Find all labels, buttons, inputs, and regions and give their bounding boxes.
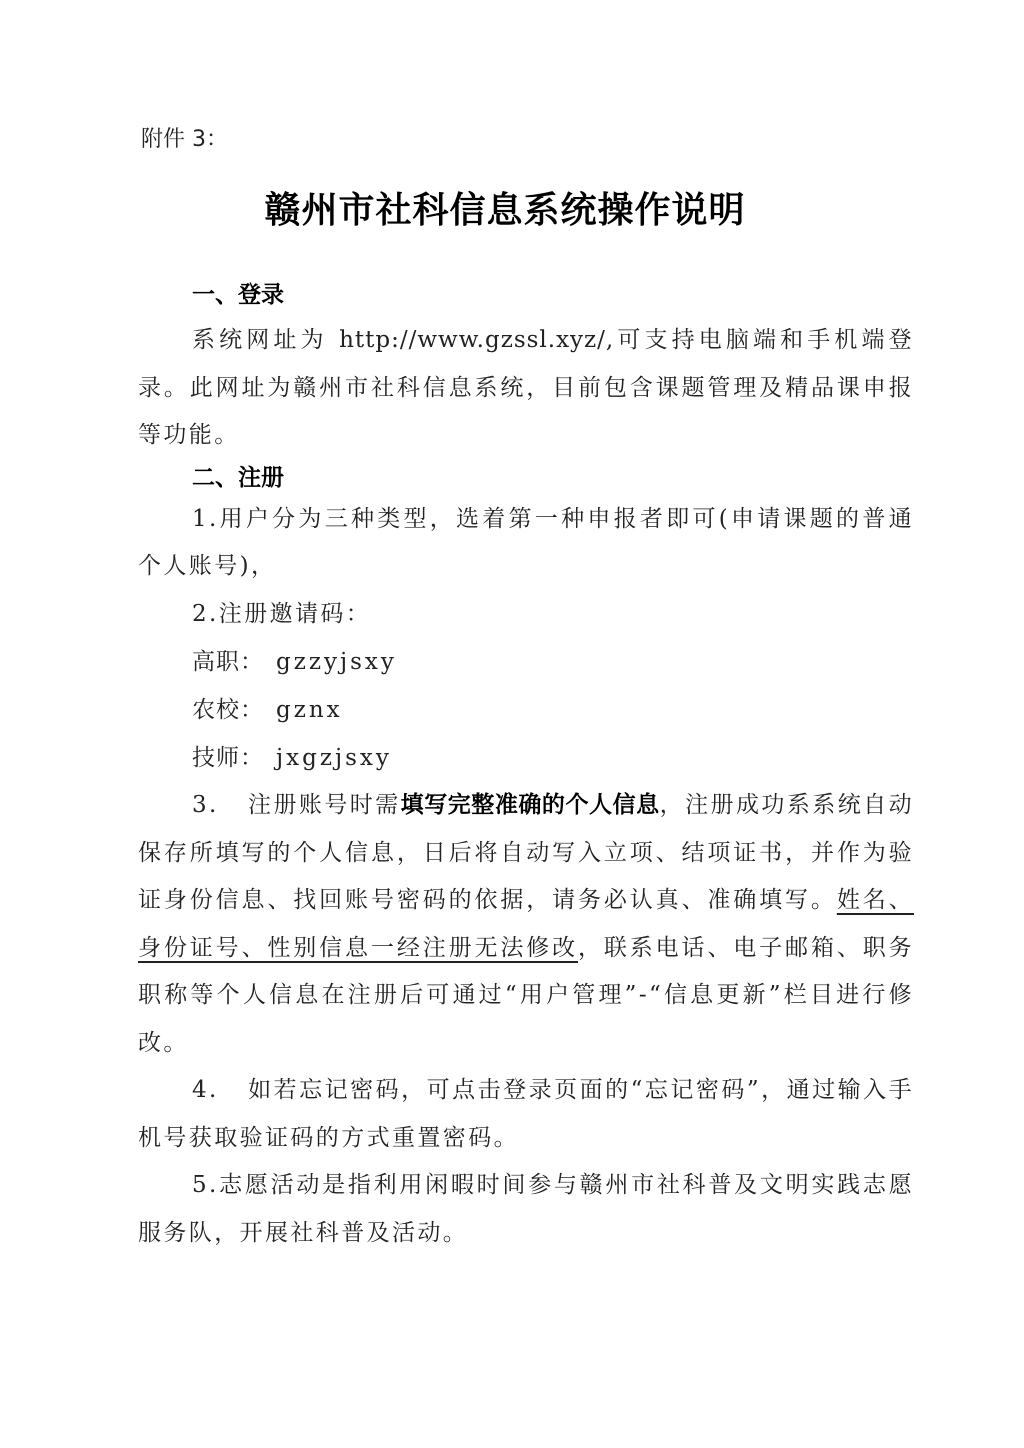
register-item-4: 4. 如若忘记密码，可点击登录页面的“忘记密码”，通过输入手机号获取验证码的方式…: [138, 1067, 914, 1162]
invite-code-value: gznx: [276, 697, 343, 723]
document-body: 一、登录 系统网址为 http://www.gzssl.xyz/,可支持电脑端和…: [138, 277, 914, 1257]
invite-code-type: 技师：: [192, 745, 264, 771]
invite-code-row: 技师：jxgzjsxy: [138, 734, 914, 782]
section-heading-login: 一、登录: [138, 277, 914, 317]
item-number: 3.: [192, 792, 219, 818]
register-item-1: 1.用户分为三种类型，选着第一种申报者即可(申请课题的普通个人账号)，: [138, 496, 914, 591]
item3-bold-emphasis: 填写完整准确的个人信息: [401, 792, 660, 818]
invite-code-value: gzzyjsxy: [276, 649, 397, 675]
login-text-prefix: 系统网址为: [192, 327, 339, 353]
invite-code-row: 高职：gzzyjsxy: [138, 638, 914, 686]
item4-text: 如若忘记密码，可点击登录页面的“忘记密码”，通过输入手机号获取验证码的方式重置密…: [138, 1077, 914, 1151]
login-paragraph: 系统网址为 http://www.gzssl.xyz/,可支持电脑端和手机端登录…: [138, 317, 914, 460]
invite-code-row: 农校：gznx: [138, 686, 914, 734]
system-url: http://www.gzssl.xyz/: [339, 327, 606, 353]
invite-code-value: jxgzjsxy: [276, 745, 392, 771]
register-item-2-label: 2.注册邀请码：: [138, 591, 914, 639]
page-title: 赣州市社科信息系统操作说明: [0, 188, 1010, 234]
invite-code-type: 农校：: [192, 697, 264, 723]
attachment-label: 附件 3：: [141, 126, 228, 154]
invite-code-type: 高职：: [192, 649, 264, 675]
item-number: 4.: [192, 1077, 219, 1103]
section-heading-register: 二、注册: [138, 460, 914, 496]
register-item-3: 3. 注册账号时需填写完整准确的个人信息，注册成功系系统自动保存所填写的个人信息…: [138, 782, 914, 1067]
register-item-5: 5.志愿活动是指利用闲暇时间参与赣州市社科普及文明实践志愿服务队，开展社科普及活…: [138, 1162, 914, 1257]
document-page: 附件 3： 赣州市社科信息系统操作说明 一、登录 系统网址为 http://ww…: [0, 0, 1024, 1448]
item3-pre-bold: 注册账号时需: [248, 792, 401, 818]
